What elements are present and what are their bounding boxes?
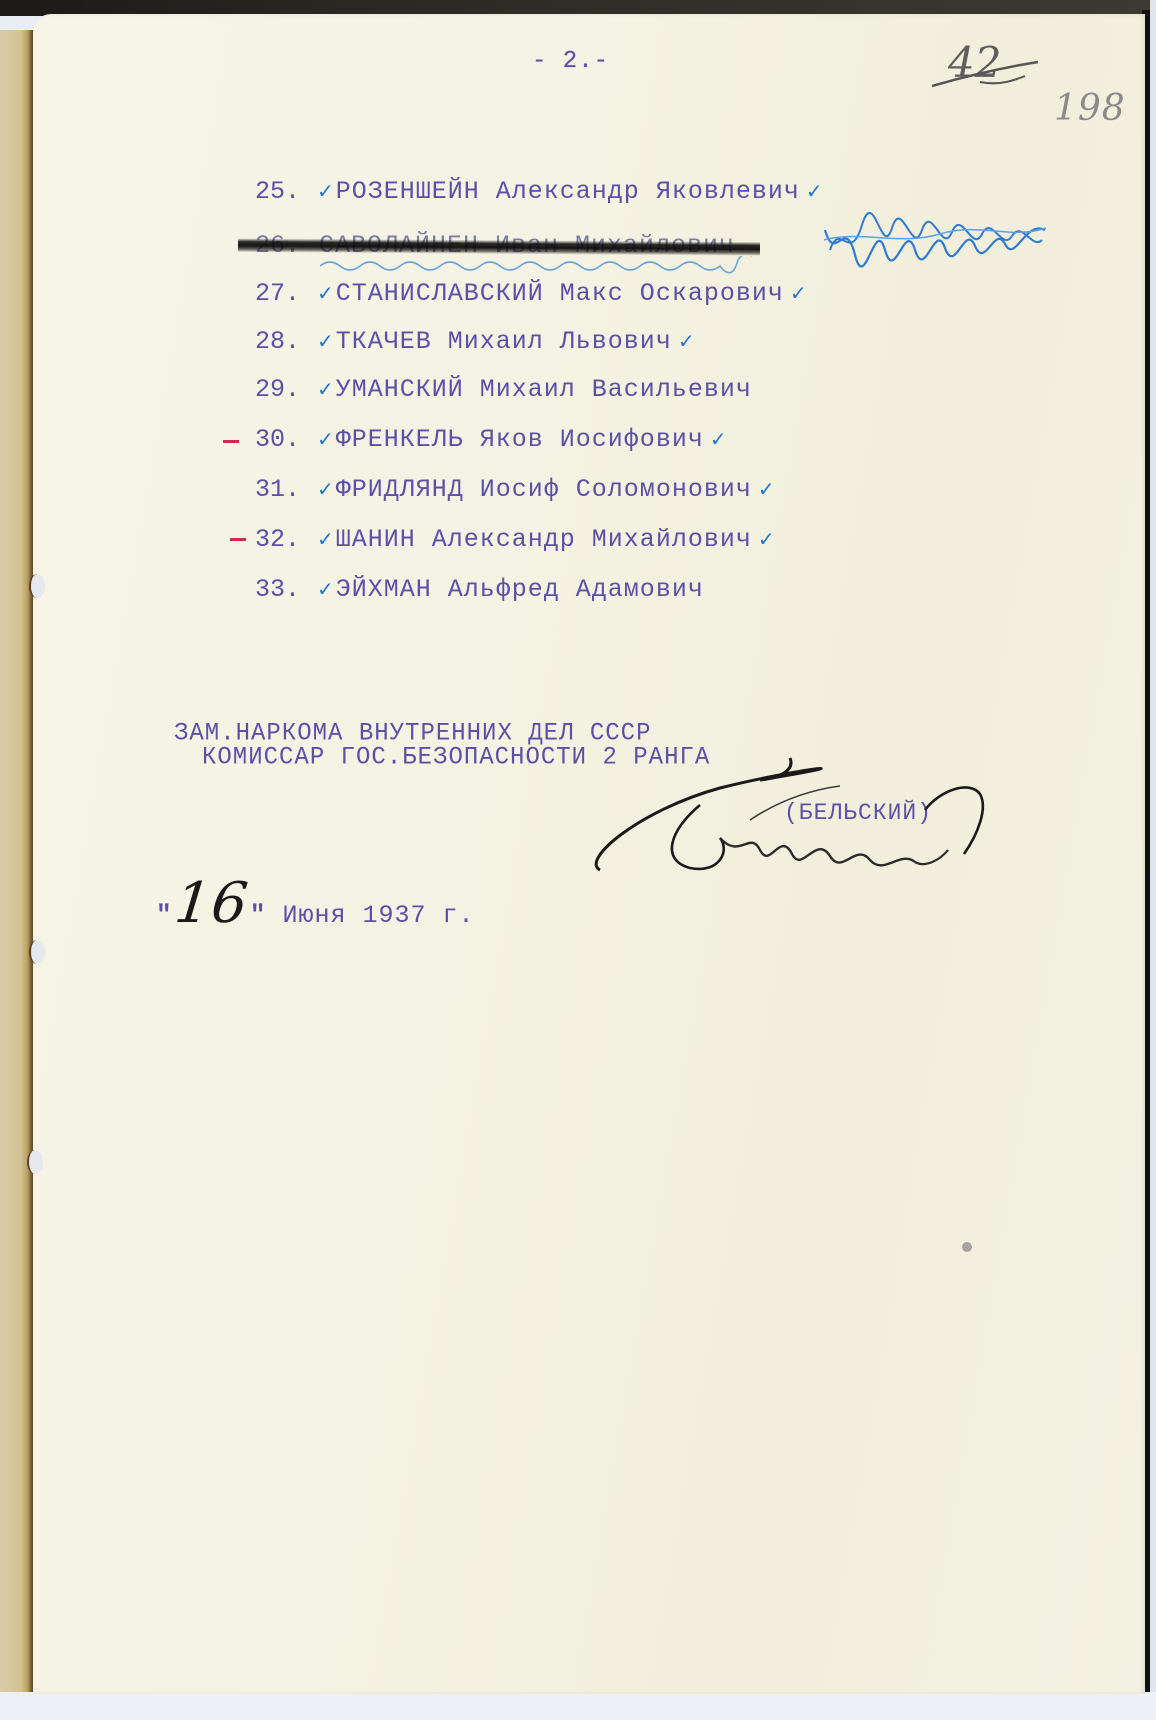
person-name: ФРИДЛЯНД Иосиф Соломонович	[336, 475, 752, 504]
person-name: СТАНИСЛАВСКИЙ Макс Оскарович	[336, 279, 784, 308]
list-item: 33. ✓ ЭЙХМАН Альфред Адамович	[255, 572, 704, 606]
paper-speck	[962, 1242, 972, 1252]
item-number: 30.	[255, 425, 321, 454]
date-open-quote: "	[156, 900, 173, 930]
check-mark-icon: ✓	[758, 527, 775, 551]
handwritten-signature	[580, 750, 1000, 890]
item-number: 25.	[255, 177, 321, 206]
red-pencil-dash	[230, 538, 246, 541]
punch-hole	[27, 1150, 43, 1174]
check-mark-icon: ✓	[317, 281, 334, 305]
archive-folio-new: 198	[1054, 88, 1126, 129]
list-item: 25. ✓ РОЗЕНШЕЙН Александр Яковлевич ✓	[255, 174, 827, 208]
item-number: 28.	[255, 327, 321, 356]
date-close-quote: "	[250, 900, 267, 930]
scribble-mark	[820, 210, 1050, 270]
date-day-handwritten: 16	[172, 876, 251, 932]
item-number: 32.	[255, 525, 321, 554]
person-name: РОЗЕНШЕЙН Александр Яковлевич	[336, 177, 800, 206]
list-item: 30. ✓ ФРЕНКЕЛЬ Яков Иосифович ✓	[255, 422, 731, 456]
list-item: 28. ✓ ТКАЧЕВ Михаил Львович ✓	[255, 324, 699, 358]
check-mark-icon: ✓	[317, 577, 334, 601]
item-number: 31.	[255, 475, 321, 504]
date-month-year: Июня 1937 г.	[282, 901, 474, 930]
list-item: 32. ✓ ШАНИН Александр Михайлович ✓	[255, 522, 779, 556]
check-mark-icon: ✓	[317, 527, 334, 551]
list-item: 31. ✓ ФРИДЛЯНД Иосиф Соломонович ✓	[255, 472, 779, 506]
folio-strike-mark	[930, 60, 1040, 90]
punch-hole	[29, 940, 45, 964]
check-mark-icon: ✓	[710, 427, 727, 451]
list-item: 29. ✓ УМАНСКИЙ Михаил Васильевич	[255, 372, 752, 406]
check-mark-icon: ✓	[758, 477, 775, 501]
check-mark-icon: ✓	[317, 427, 334, 451]
check-mark-icon: ✓	[317, 179, 334, 203]
background-right	[1150, 0, 1156, 1720]
check-mark-icon: ✓	[317, 477, 334, 501]
item-number: 27.	[255, 279, 321, 308]
check-mark-icon: ✓	[317, 377, 334, 401]
punch-hole	[29, 574, 45, 598]
person-name: ТКАЧЕВ Михаил Львович	[336, 327, 672, 356]
person-name: УМАНСКИЙ Михаил Васильевич	[336, 375, 752, 404]
person-name: ФРЕНКЕЛЬ Яков Иосифович	[336, 425, 704, 454]
document-date: " 16 " Июня 1937 г.	[156, 898, 475, 932]
check-mark-icon: ✓	[806, 179, 823, 203]
person-name: ЭЙХМАН Альфред Адамович	[336, 575, 704, 604]
list-item: 27. ✓ СТАНИСЛАВСКИЙ Макс Оскарович ✓	[255, 276, 811, 310]
person-name: ШАНИН Александр Михайлович	[336, 525, 752, 554]
check-mark-icon: ✓	[678, 329, 695, 353]
item-number: 29.	[255, 375, 321, 404]
check-mark-icon: ✓	[317, 329, 334, 353]
background-bottom	[0, 1692, 1156, 1720]
check-mark-icon: ✓	[790, 281, 807, 305]
page-number: - 2.-	[532, 48, 609, 75]
item-number: 33.	[255, 575, 321, 604]
red-pencil-dash	[223, 440, 239, 443]
